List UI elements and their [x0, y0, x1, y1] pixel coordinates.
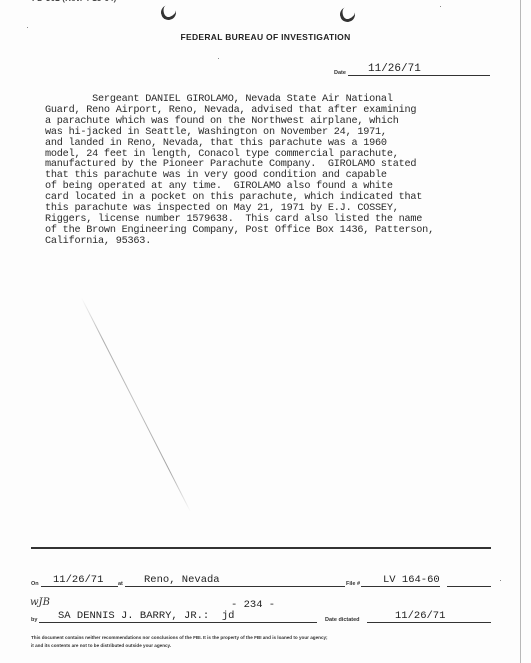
report-body: Sergeant DANIEL GIROLAMO, Nevada State A… — [45, 95, 505, 248]
fbi-disclaimer: This document contains neither recommend… — [31, 634, 491, 650]
footer-divider — [31, 547, 491, 549]
form-number: FD-302 (Rev. 4-15-64) — [32, 0, 117, 3]
file-underline — [361, 586, 440, 587]
scan-speck — [500, 580, 501, 581]
by-label: by — [31, 617, 37, 623]
agent-name: SA DENNIS J. BARRY, JR.: jd — [58, 610, 234, 622]
scan-streak — [81, 298, 191, 512]
date-underline — [348, 75, 490, 76]
at-value: Reno, Nevada — [144, 574, 220, 586]
date-label: Date — [334, 70, 346, 76]
fd302-document-page: FD-302 (Rev. 4-15-64) FEDERAL BUREAU OF … — [0, 0, 531, 663]
disclaimer-line: it and its contents are not to be distri… — [31, 642, 491, 650]
punch-hole-icon — [338, 5, 357, 24]
date-dictated-label: Date dictated — [325, 617, 360, 623]
on-label: On — [31, 581, 39, 587]
handwritten-initials: wJB — [30, 597, 50, 608]
at-underline — [125, 586, 345, 587]
page-edge — [520, 0, 521, 663]
body-line: California, 95363. — [45, 237, 505, 248]
punch-hole-icon — [159, 3, 178, 22]
on-underline — [41, 586, 118, 587]
disclaimer-line: This document contains neither recommend… — [31, 634, 491, 642]
body-line: and landed in Reno, Nevada, that this pa… — [45, 139, 505, 150]
date-dictated-value: 11/26/71 — [395, 610, 445, 622]
at-label: at — [118, 581, 123, 587]
body-line: was hi-jacked in Seattle, Washington on … — [45, 128, 505, 139]
file-extra-underline — [447, 586, 491, 587]
scan-speck — [440, 6, 441, 7]
agent-info-row: by SA DENNIS J. BARRY, JR.: jd Date dict… — [31, 609, 491, 623]
file-label: File # — [346, 581, 360, 587]
by-underline — [39, 622, 317, 623]
agency-title: FEDERAL BUREAU OF INVESTIGATION — [0, 32, 531, 42]
scan-speck — [27, 27, 28, 28]
interview-info-row: On 11/26/71 at Reno, Nevada File # LV 16… — [31, 573, 491, 587]
date-dictated-underline — [367, 622, 491, 623]
on-value: 11/26/71 — [53, 574, 103, 586]
date-value: 11/26/71 — [368, 63, 421, 75]
document-date-field: Date 11/26/71 — [334, 62, 490, 76]
file-number: LV 164-60 — [383, 574, 440, 586]
scan-speck — [218, 58, 219, 59]
